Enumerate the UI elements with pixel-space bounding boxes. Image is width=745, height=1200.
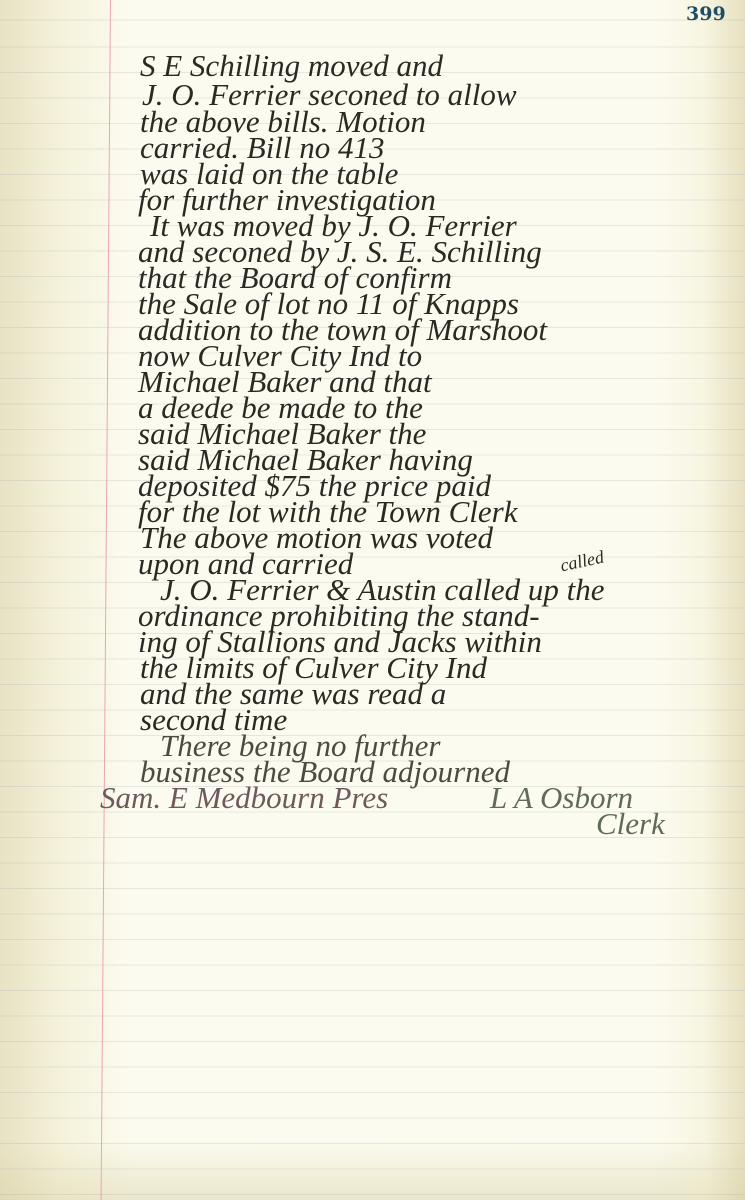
ledger-page: 399 S E Schilling moved and J. O. Ferrie… [0,0,745,1200]
page-number: 399 [686,3,726,25]
clerk-title: Clerk [596,808,665,839]
president-signature: Sam. E Medbourn Pres [100,782,388,813]
